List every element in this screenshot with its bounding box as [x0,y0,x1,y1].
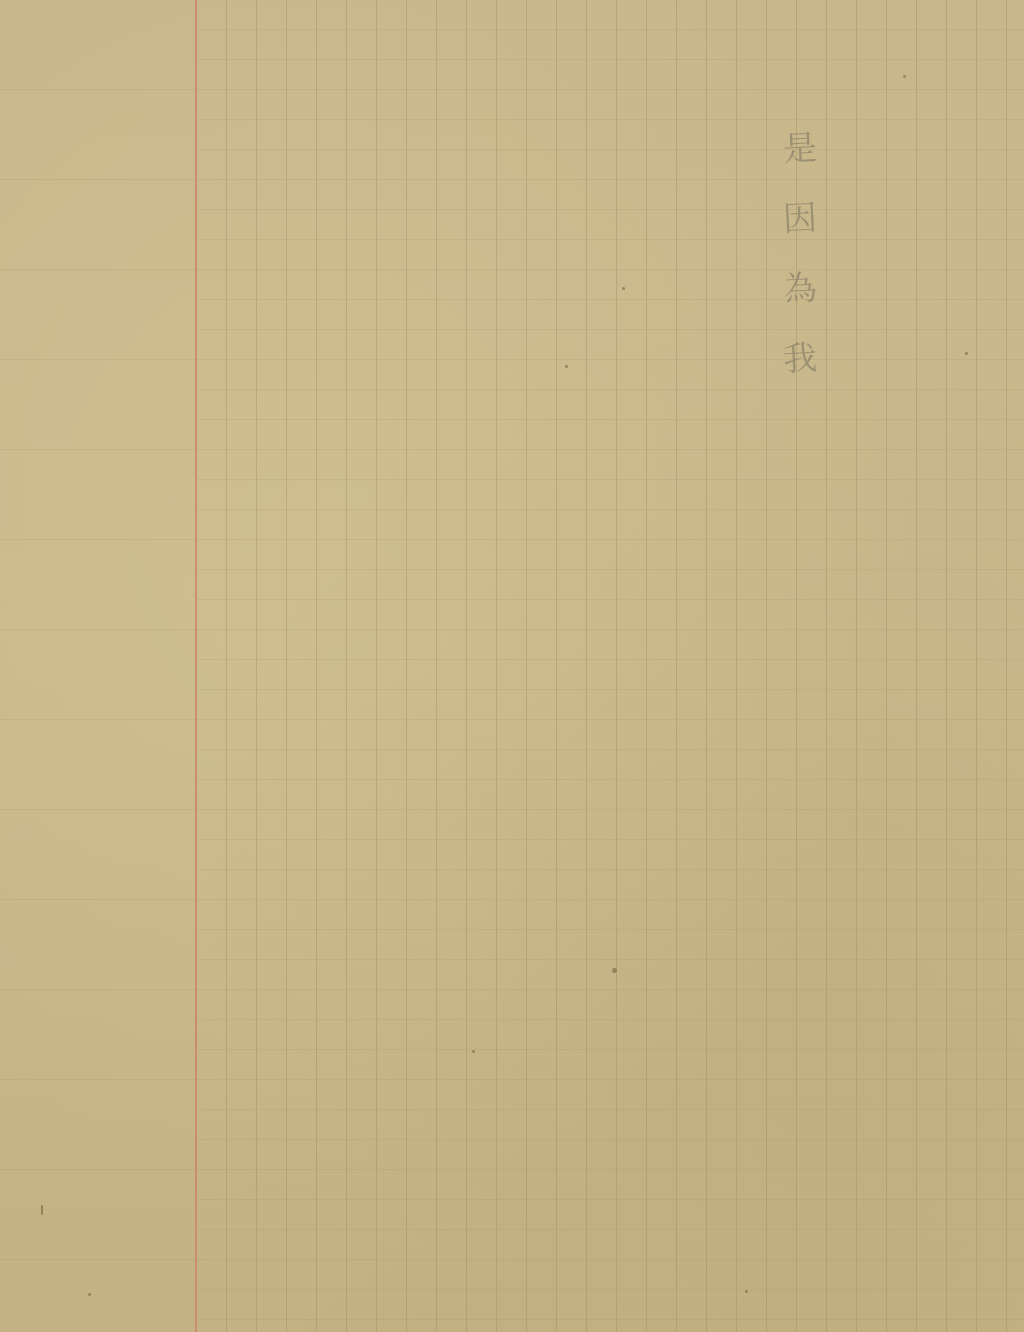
grid-ruling [197,0,1024,1332]
paper-speck [745,1290,748,1293]
red-margin-line [195,0,197,1332]
paper-speck [472,1050,475,1053]
handwritten-char: 因 [782,194,818,244]
handwritten-text: 是 因 為 我 [770,125,830,383]
handwritten-char: 是 [782,124,818,174]
handwritten-char: 為 [782,264,818,314]
paper-speck [41,1205,43,1215]
paper-speck [88,1293,91,1296]
notebook-page: 是 因 為 我 [0,0,1024,1332]
paper-speck [903,75,906,78]
paper-speck [612,968,617,973]
handwritten-char: 我 [782,334,818,384]
paper-speck [965,352,968,355]
paper-speck [565,365,568,368]
left-margin [0,0,196,1332]
paper-speck [622,287,625,290]
